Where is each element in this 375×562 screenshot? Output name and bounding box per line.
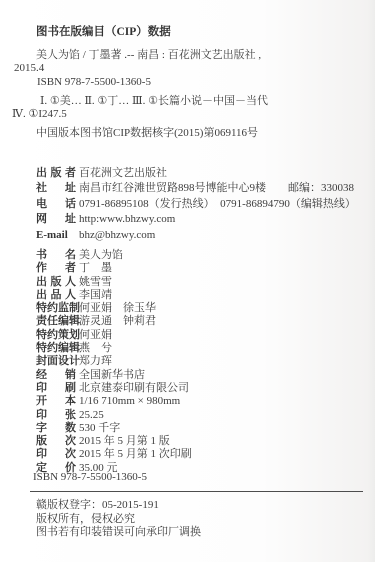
field-value: 丁 墨 [79, 262, 112, 275]
info-row: 特约监制 何亚娟 徐玉华 [36, 302, 365, 315]
horizontal-rule [30, 491, 363, 492]
info-row: 电话 0791-86895108（发行热线） 0791-86894790（编辑热… [36, 197, 365, 212]
field-value: 南昌市红谷滩世贸路898号博能中心9楼 [79, 181, 266, 196]
bottom-isbn-wrap: ISBN 978-7-5500-1360-5 [36, 471, 365, 484]
info-row: E-mail bhz@bhzwy.com [36, 228, 365, 243]
cip-record-number: 中国版本图书馆CIP数据核字(2015)第069116号 [36, 127, 258, 140]
field-value: bhz@bhzwy.com [79, 228, 155, 243]
field-label: 字数 [36, 422, 76, 435]
field-value: 郑力珲 [79, 355, 112, 368]
field-label: E-mail [36, 228, 76, 243]
footer-exchange-notice: 图书若有印装错误可向承印厂调换 [36, 526, 201, 540]
info-row: 经销 全国新华书店 [36, 369, 365, 382]
field-extra: 邮编：330038 [288, 181, 354, 196]
info-row: 网址 http:www.bhzwy.com [36, 212, 365, 227]
field-value: 何亚娟 [79, 329, 112, 342]
field-value: 百花洲文艺出版社 [79, 166, 167, 181]
field-label: 经销 [36, 369, 76, 382]
field-label: 出版者 [36, 166, 76, 181]
field-label: 网址 [36, 212, 76, 227]
info-row: 封面设计 郑力珲 [36, 355, 365, 368]
info-row: 印次 2015 年 5 月第 1 次印刷 [36, 448, 365, 461]
info-row: 开本 1/16 710mm × 980mm [36, 395, 365, 408]
field-value: 全国新华书店 [79, 369, 145, 382]
field-value: 1/16 710mm × 980mm [79, 395, 180, 408]
field-value: 姚雪雪 [79, 276, 112, 289]
info-row: 社址 南昌市红谷滩世贸路898号博能中心9楼 邮编：330038 [36, 181, 365, 196]
field-value: 北京建泰印刷有限公司 [79, 382, 189, 395]
field-value: 李国靖 [79, 289, 112, 302]
info-row: 印张 25.25 [36, 409, 365, 422]
cip-entry-line2: 2015.4 [14, 62, 44, 75]
field-value: 2015 年 5 月第 1 次印刷 [79, 448, 192, 461]
cip-section-title: 图书在版编目（CIP）数据 [36, 26, 171, 39]
field-value: 25.25 [79, 409, 104, 422]
publisher-info-block: 出版者 百花洲文艺出版社 社址 南昌市红谷滩世贸路898号博能中心9楼 邮编：3… [36, 166, 365, 243]
cip-classification-line1: Ⅰ. ①美… Ⅱ. ①丁… Ⅲ. ①长篇小说－中国－当代 [40, 95, 268, 108]
field-label: 特约策划 [36, 329, 76, 342]
field-label: 印次 [36, 448, 76, 461]
footer-copyright-notice: 版权所有，侵权必究 [36, 513, 201, 527]
field-label: 版次 [36, 435, 76, 448]
cip-entry-line1: 美人为馅 / 丁墨著 .-- 南昌 : 百花洲文艺出版社 , [36, 49, 261, 62]
field-label: 责任编辑 [36, 315, 76, 328]
field-label: 特约编辑 [36, 342, 76, 355]
field-label: 电话 [36, 197, 76, 212]
info-row: 出版者 百花洲文艺出版社 [36, 166, 365, 181]
cip-classification-line2: Ⅳ. ①I247.5 [12, 108, 67, 121]
field-label: 作者 [36, 262, 76, 275]
field-value: 游灵通 钟莉君 [79, 315, 156, 328]
info-row: 责任编辑 游灵通 钟莉君 [36, 315, 365, 328]
book-info-block: 书名 美人为馅 作者 丁 墨 出版人 姚雪雪 出品人 李国靖 特约监制 何亚娟 … [36, 249, 365, 475]
field-label: 特约监制 [36, 302, 76, 315]
info-row: 出品人 李国靖 [36, 289, 365, 302]
copyright-page: 图书在版编目（CIP）数据 美人为馅 / 丁墨著 .-- 南昌 : 百花洲文艺出… [0, 0, 375, 562]
info-row: 印刷 北京建泰印刷有限公司 [36, 382, 365, 395]
field-value: 燕 兮 [79, 342, 112, 355]
info-row: 字数 530 千字 [36, 422, 365, 435]
field-label: 开本 [36, 395, 76, 408]
field-value: 0791-86895108（发行热线） 0791-86894790（编辑热线） [79, 197, 356, 212]
cip-isbn: ISBN 978-7-5500-1360-5 [37, 76, 151, 89]
field-value: 何亚娟 徐玉华 [79, 302, 156, 315]
field-label: 社址 [36, 181, 76, 196]
footer-block: 赣版权登字：05-2015-191 版权所有，侵权必究 图书若有印装错误可向承印… [36, 499, 201, 540]
info-row: 版次 2015 年 5 月第 1 版 [36, 435, 365, 448]
field-value: http:www.bhzwy.com [79, 212, 175, 227]
field-value: 美人为馅 [79, 249, 123, 262]
field-label: 出品人 [36, 289, 76, 302]
info-row: 作者 丁 墨 [36, 262, 365, 275]
field-value: 530 千字 [79, 422, 120, 435]
field-label: 印刷 [36, 382, 76, 395]
info-row: 特约编辑 燕 兮 [36, 342, 365, 355]
info-row: 书名 美人为馅 [36, 249, 365, 262]
field-label: 出版人 [36, 276, 76, 289]
field-label: 封面设计 [36, 355, 76, 368]
field-label: 印张 [36, 409, 76, 422]
field-label: 书名 [36, 249, 76, 262]
field-value: 2015 年 5 月第 1 版 [79, 435, 170, 448]
info-row: 出版人 姚雪雪 [36, 276, 365, 289]
bottom-isbn: ISBN 978-7-5500-1360-5 [33, 471, 365, 484]
info-row: 特约策划 何亚娟 [36, 329, 365, 342]
footer-registration: 赣版权登字：05-2015-191 [36, 499, 201, 513]
